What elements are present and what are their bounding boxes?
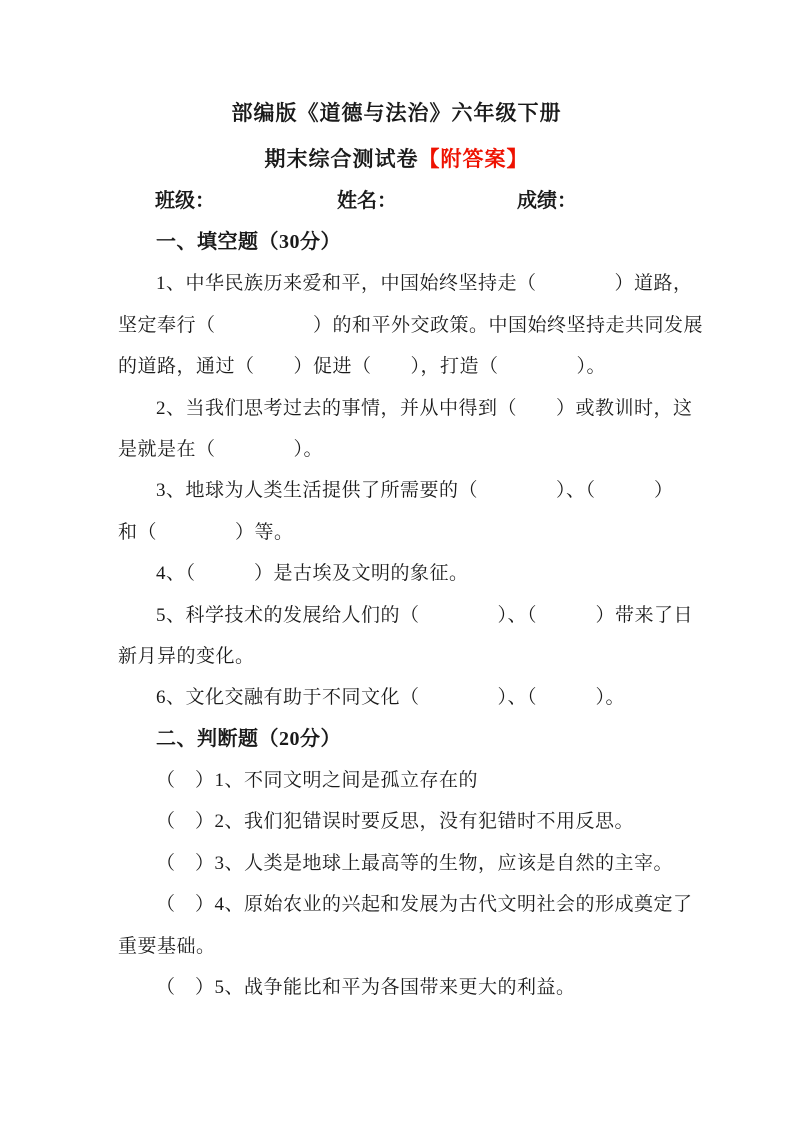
student-info-row: 班级：姓名：成绩： xyxy=(118,187,676,215)
document-line: 1、中华民族历来爱和平，中国始终坚持走（ ）道路， xyxy=(118,263,680,304)
name-label: 姓名： xyxy=(337,190,397,212)
document-line: （ ）5、战争能比和平为各国带来更大的利益。 xyxy=(118,967,680,1008)
document-line: 和（ ）等。 xyxy=(118,512,680,553)
document-line: 坚定奉行（ ）的和平外交政策。中国始终坚持走共同发展 xyxy=(118,305,680,346)
document-body: 一、填空题（30分）1、中华民族历来爱和平，中国始终坚持走（ ）道路，坚定奉行（… xyxy=(118,222,680,1008)
document-line: （ ）4、原始农业的兴起和发展为古代文明社会的形成奠定了 xyxy=(118,884,680,925)
doc-subtitle-main: 期末综合测试卷 xyxy=(265,147,419,171)
document-line: （ ）1、不同文明之间是孤立存在的 xyxy=(118,760,680,801)
page-title: 部编版《道德与法治》六年级下册 xyxy=(0,98,793,128)
answers-included-tag: 【附答案】 xyxy=(419,147,529,171)
document-line: 重要基础。 xyxy=(118,926,680,967)
document-page: 部编版《道德与法治》六年级下册 期末综合测试卷【附答案】 班级：姓名：成绩： 一… xyxy=(0,0,793,1122)
document-line: 新月异的变化。 xyxy=(118,636,680,677)
document-line: 是就是在（ ）。 xyxy=(118,429,680,470)
document-line: 二、判断题（20分） xyxy=(118,719,680,760)
document-line: （ ）2、我们犯错误时要反思，没有犯错时不用反思。 xyxy=(118,801,680,842)
class-label: 班级： xyxy=(155,190,215,212)
document-line: 2、当我们思考过去的事情，并从中得到（ ）或教训时，这 xyxy=(118,388,680,429)
doc-subtitle: 期末综合测试卷【附答案】 xyxy=(0,144,793,174)
document-line: 3、地球为人类生活提供了所需要的（ ）、（ ） xyxy=(118,470,680,511)
document-line: （ ）3、人类是地球上最高等的生物，应该是自然的主宰。 xyxy=(118,843,680,884)
document-line: 的道路，通过（ ）促进（ ），打造（ ）。 xyxy=(118,346,680,387)
document-line: 6、文化交融有助于不同文化（ ）、（ ）。 xyxy=(118,677,680,718)
document-line: 一、填空题（30分） xyxy=(118,222,680,263)
document-line: 5、科学技术的发展给人们的（ ）、（ ）带来了日 xyxy=(118,595,680,636)
document-line: 4、（ ）是古埃及文明的象征。 xyxy=(118,553,680,594)
score-label: 成绩： xyxy=(517,190,577,212)
